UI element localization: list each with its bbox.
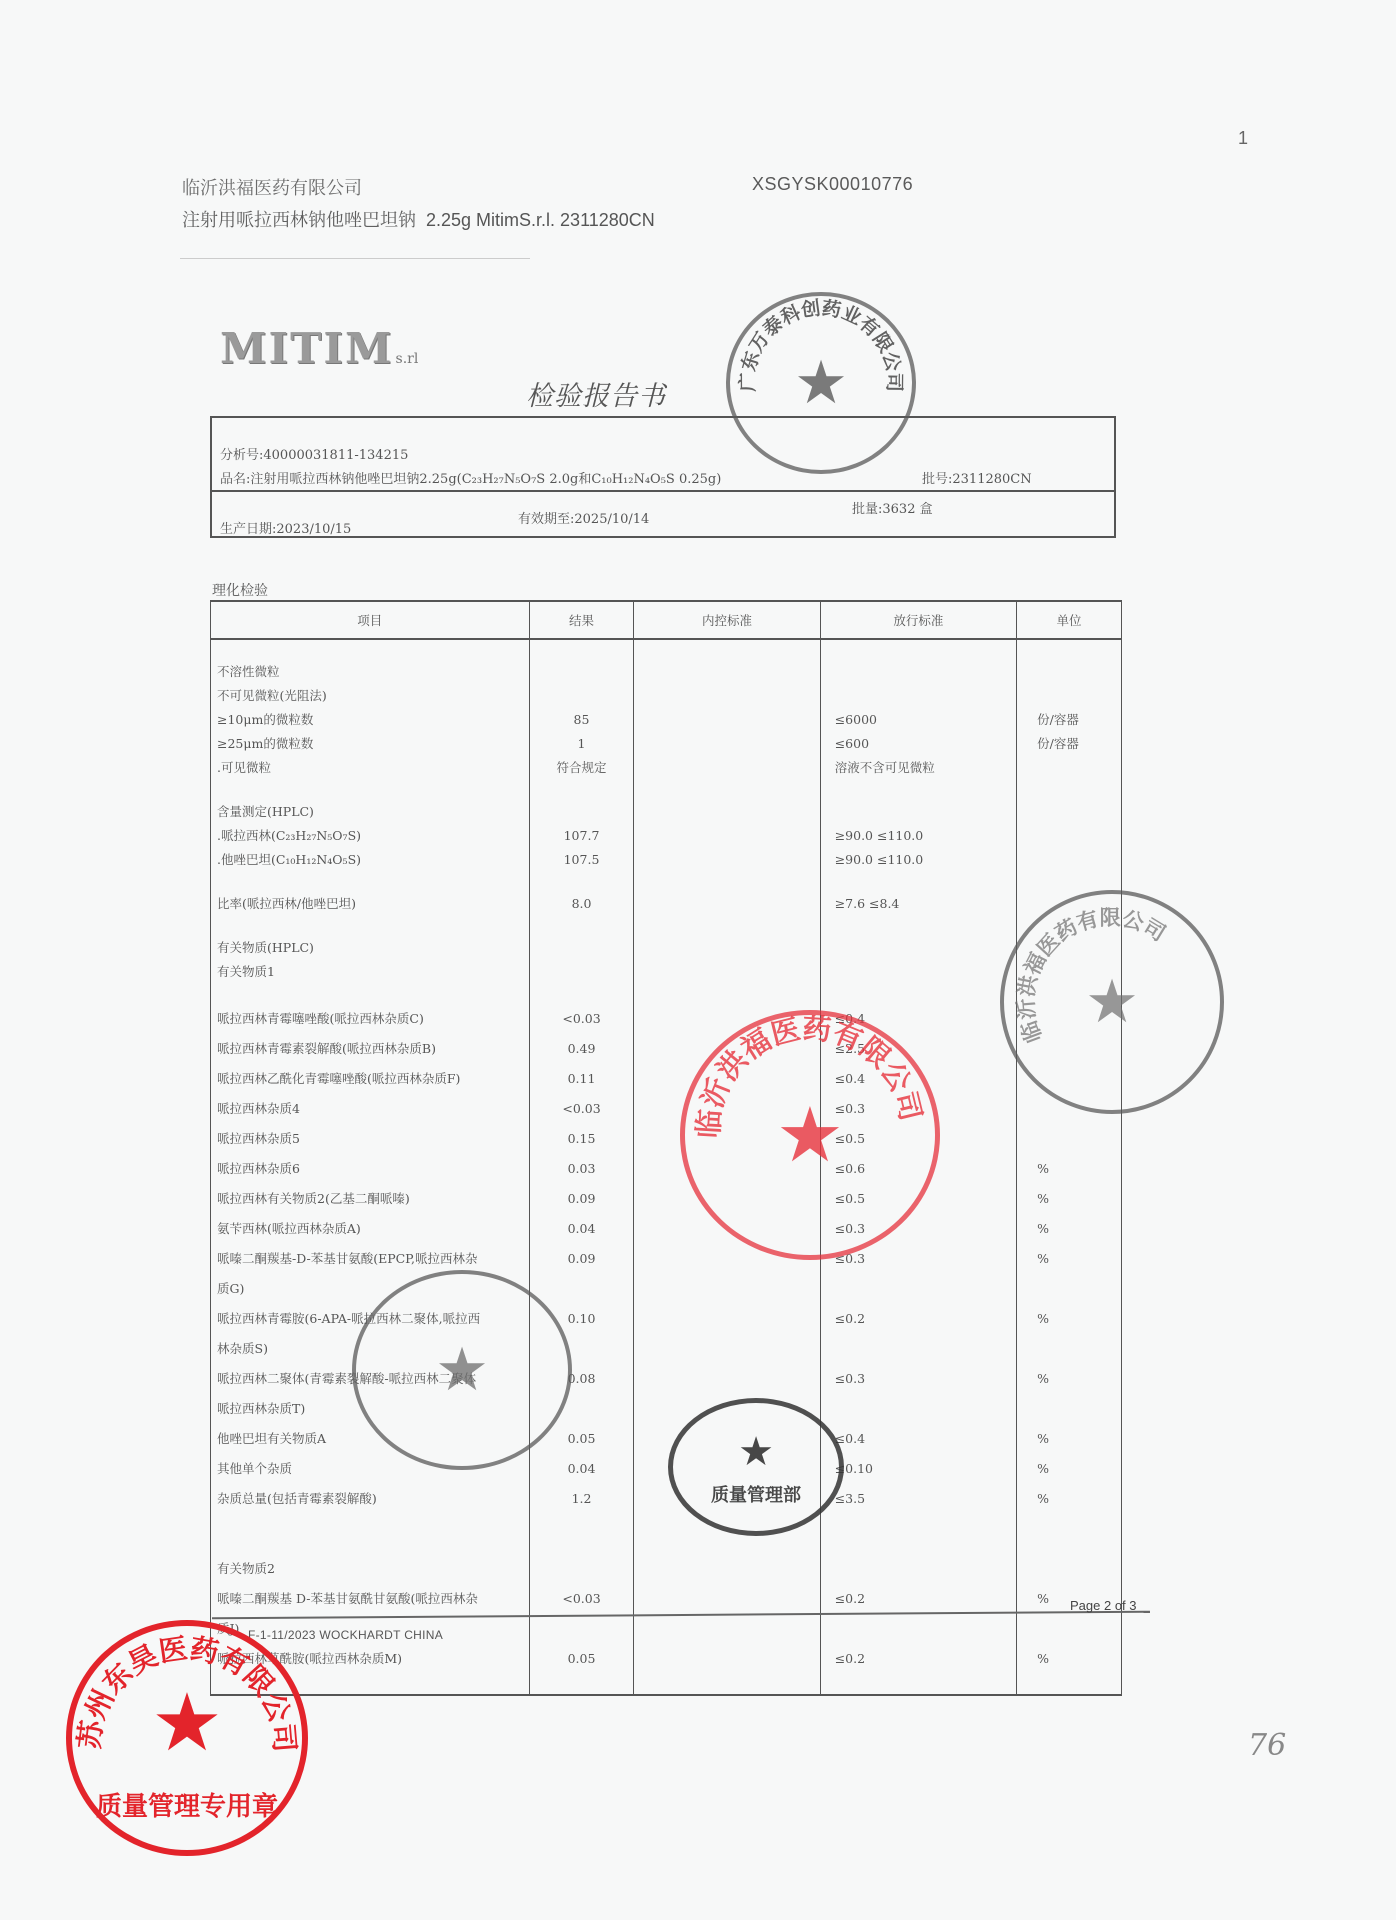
unit-value: [1023, 892, 1115, 916]
header-product-cn: 注射用哌拉西林钠他唑巴坦钠: [182, 210, 416, 231]
release-standard-value: ≤0.3: [827, 1094, 1010, 1124]
unit-value: [1023, 1034, 1115, 1064]
impurity-label: 哌拉西林草酰胺(哌拉西林杂质M): [217, 1644, 523, 1674]
row-gap: [217, 872, 523, 892]
row-gap: [827, 640, 1010, 660]
item-label: 有关物质(HPLC): [217, 936, 523, 960]
unit-value: [1023, 1124, 1115, 1154]
internal-standard-value: [640, 848, 813, 872]
analysis-number: 分析号:40000031811-134215: [220, 444, 408, 463]
release-standard-value: 溶液不含可见微粒: [827, 756, 1010, 780]
release-standard-value: ≥90.0 ≤110.0: [827, 848, 1010, 872]
row-gap: [1023, 1514, 1115, 1534]
release-standard-value: [827, 1274, 1010, 1304]
release-standard-value: ≤0.5: [827, 1184, 1010, 1214]
result-value: [536, 1274, 628, 1304]
column-release-standard: ≤6000≤600溶液不含可见微粒≥90.0 ≤110.0≥90.0 ≤110.…: [820, 639, 1016, 1695]
result-value: 0.08: [536, 1364, 628, 1394]
result-value: [536, 1554, 628, 1584]
release-standard-value: ≤0.3: [827, 1364, 1010, 1394]
result-value: 0.05: [536, 1644, 628, 1674]
unit-value: 份/容器: [1023, 708, 1115, 732]
unit-value: [1023, 1554, 1115, 1584]
item-label: 有关物质1: [217, 960, 523, 984]
release-standard-value: ≤6000: [827, 708, 1010, 732]
header-rule: [180, 258, 530, 259]
release-standard-value: ≤0.3: [827, 1214, 1010, 1244]
row-gap: [536, 872, 628, 892]
impurity-label: 哌拉西林杂质4: [217, 1094, 523, 1124]
release-standard-value: ≤0.4: [827, 1064, 1010, 1094]
unit-value: [1023, 684, 1115, 708]
impurity-label-continued: 哌拉西林杂质T): [217, 1394, 523, 1424]
result-value: 85: [536, 708, 628, 732]
impurity-label: 哌拉西林乙酰化青霉噻唑酸(哌拉西林杂质F): [217, 1064, 523, 1094]
item-label: ≥25μm的微粒数: [217, 732, 523, 756]
unit-value: [1023, 1394, 1115, 1424]
row-gap: [1023, 1534, 1115, 1554]
release-standard-value: [827, 684, 1010, 708]
info-divider: [212, 490, 1114, 492]
unit-value: [1023, 848, 1115, 872]
internal-standard-value: [640, 684, 813, 708]
header-doc-number: XSGYSK00010776: [752, 174, 913, 195]
row-gap: [640, 640, 813, 660]
internal-standard-value: [640, 756, 813, 780]
product-name: 品名:注射用哌拉西林钠他唑巴坦钠2.25g(C₂₃H₂₇N₅O₇S 2.0g和C…: [220, 468, 721, 487]
row-gap: [536, 916, 628, 936]
result-value: <0.03: [536, 1094, 628, 1124]
release-standard-value: ≤0.3: [827, 1244, 1010, 1274]
row-gap: [827, 916, 1010, 936]
release-standard-value: ≤0.4: [827, 1424, 1010, 1454]
unit-value: %: [1023, 1364, 1115, 1394]
internal-standard-value: [640, 1304, 813, 1334]
internal-standard-value: [640, 1004, 813, 1034]
result-value: 107.5: [536, 848, 628, 872]
result-value: 0.09: [536, 1244, 628, 1274]
unit-value: 份/容器: [1023, 732, 1115, 756]
release-standard-value: [827, 1394, 1010, 1424]
unit-value: %: [1023, 1454, 1115, 1484]
impurity-label: 哌拉西林二聚体(青霉素裂解酸-哌拉西林二聚体: [217, 1364, 523, 1394]
unit-value: [1023, 1064, 1115, 1094]
result-value: [536, 1394, 628, 1424]
release-standard-value: ≤0.4: [827, 1004, 1010, 1034]
internal-standard-value: [640, 1124, 813, 1154]
header-product: 注射用哌拉西林钠他唑巴坦钠2.25g MitimS.r.l. 2311280CN: [182, 206, 655, 232]
row-gap: [536, 1534, 628, 1554]
impurity-label: 杂质总量(包括青霉素裂解酸): [217, 1484, 523, 1514]
header-release-standard: 放行标准: [820, 601, 1016, 639]
release-standard-value: [827, 936, 1010, 960]
row-gap: [640, 984, 813, 1004]
star-icon: ★: [794, 353, 848, 413]
results-table: 项目 结果 内控标准 放行标准 单位 不溶性微粒不可见微粒(光阻法)≥10μm的…: [210, 600, 1122, 1696]
row-gap: [1023, 640, 1115, 660]
result-value: 8.0: [536, 892, 628, 916]
row-gap: [1023, 872, 1115, 892]
row-gap: [640, 780, 813, 800]
internal-standard-value: [640, 1484, 813, 1514]
impurity-label-continued: 质G): [217, 1274, 523, 1304]
result-value: 符合规定: [536, 756, 628, 780]
release-standard-value: ≤0.5: [827, 1124, 1010, 1154]
impurity-label: 哌拉西林青霉素裂解酸(哌拉西林杂质B): [217, 1034, 523, 1064]
result-value: 1: [536, 732, 628, 756]
internal-standard-value: [640, 708, 813, 732]
row-gap: [536, 1674, 628, 1694]
result-value: 0.10: [536, 1304, 628, 1334]
result-value: 0.03: [536, 1154, 628, 1184]
internal-standard-value: [640, 892, 813, 916]
substances2-label: 有关物质2: [217, 1554, 523, 1584]
row-gap: [536, 640, 628, 660]
row-gap: [1023, 984, 1115, 1004]
result-value: 0.11: [536, 1064, 628, 1094]
internal-standard-value: [640, 1364, 813, 1394]
internal-standard-value: [640, 1184, 813, 1214]
unit-value: %: [1023, 1184, 1115, 1214]
row-gap: [217, 1534, 523, 1554]
table-body-row: 不溶性微粒不可见微粒(光阻法)≥10μm的微粒数≥25μm的微粒数.可见微粒含量…: [211, 639, 1122, 1695]
logo-name: MITIM: [220, 324, 394, 373]
release-standard-value: ≤0.2: [827, 1644, 1010, 1674]
impurity-label: 哌拉西林青霉噻唑酸(哌拉西林杂质C): [217, 1004, 523, 1034]
impurity-label: 哌拉西林杂质5: [217, 1124, 523, 1154]
internal-standard-value: [640, 800, 813, 824]
row-gap: [640, 1514, 813, 1534]
column-results: 851符合规定107.7107.58.0<0.030.490.11<0.030.…: [529, 639, 634, 1695]
unit-value: [1023, 660, 1115, 684]
row-gap: [827, 872, 1010, 892]
release-standard-value: ≤0.10: [827, 1454, 1010, 1484]
impurity-label: 哌嗪二酮羰基 D-苯基甘氨酰甘氨酸(哌拉西林杂: [217, 1584, 523, 1614]
internal-standard-value: [640, 1394, 813, 1424]
row-gap: [217, 916, 523, 936]
impurity-label: 哌拉西林有关物质2(乙基二酮哌嗪): [217, 1184, 523, 1214]
unit-value: [1023, 1614, 1115, 1644]
unit-value: [1023, 936, 1115, 960]
unit-value: %: [1023, 1244, 1115, 1274]
row-gap: [827, 1674, 1010, 1694]
release-standard-value: ≤0.2: [827, 1304, 1010, 1334]
internal-standard-value: [640, 1424, 813, 1454]
header-unit: 单位: [1017, 601, 1122, 639]
unit-value: [1023, 1094, 1115, 1124]
item-label: 含量测定(HPLC): [217, 800, 523, 824]
result-value: 1.2: [536, 1484, 628, 1514]
row-gap: [217, 1514, 523, 1534]
internal-standard-value: [640, 1244, 813, 1274]
impurity-label: 哌拉西林青霉胺(6-APA-哌拉西林二聚体,哌拉西: [217, 1304, 523, 1334]
impurity-label: 氨苄西林(哌拉西林杂质A): [217, 1214, 523, 1244]
batch-number: 批号:2311280CN: [922, 468, 1032, 487]
unit-value: %: [1023, 1304, 1115, 1334]
svg-text:广东万泰科创药业有限公司: 广东万泰科创药业有限公司: [736, 296, 906, 392]
row-gap: [640, 916, 813, 936]
unit-value: [1023, 960, 1115, 984]
release-standard-value: ≥7.6 ≤8.4: [827, 892, 1010, 916]
result-value: 0.04: [536, 1214, 628, 1244]
unit-value: %: [1023, 1484, 1115, 1514]
internal-standard-value: [640, 824, 813, 848]
item-label: .可见微粒: [217, 756, 523, 780]
unit-value: [1023, 1004, 1115, 1034]
internal-standard-value: [640, 1554, 813, 1584]
header-company: 临沂洪福医药有限公司: [182, 174, 362, 200]
release-standard-value: [827, 800, 1010, 824]
result-value: [536, 936, 628, 960]
internal-standard-value: [640, 960, 813, 984]
row-gap: [536, 1514, 628, 1534]
internal-standard-value: [640, 936, 813, 960]
internal-standard-value: [640, 1584, 813, 1614]
page-number: 1: [1238, 128, 1248, 149]
row-gap: [827, 780, 1010, 800]
row-gap: [1023, 780, 1115, 800]
result-value: [536, 660, 628, 684]
row-gap: [640, 872, 813, 892]
row-gap: [217, 640, 523, 660]
item-label: ≥10μm的微粒数: [217, 708, 523, 732]
internal-standard-value: [640, 1274, 813, 1304]
header-product-en: 2.25g MitimS.r.l. 2311280CN: [426, 210, 655, 230]
result-value: [536, 960, 628, 984]
unit-value: [1023, 1274, 1115, 1304]
result-value: 0.09: [536, 1184, 628, 1214]
production-date: 生产日期:2023/10/15: [220, 518, 351, 537]
unit-value: [1023, 824, 1115, 848]
release-standard-value: ≤600: [827, 732, 1010, 756]
column-items: 不溶性微粒不可见微粒(光阻法)≥10μm的微粒数≥25μm的微粒数.可见微粒含量…: [211, 639, 530, 1695]
row-gap: [1023, 916, 1115, 936]
internal-standard-value: [640, 1334, 813, 1364]
result-value: <0.03: [536, 1004, 628, 1034]
column-units: 份/容器份/容器%%%%%%%%%%%: [1017, 639, 1122, 1695]
impurity-label-continued: 林杂质S): [217, 1334, 523, 1364]
internal-standard-value: [640, 1094, 813, 1124]
row-gap: [217, 1674, 523, 1694]
unit-value: %: [1023, 1214, 1115, 1244]
release-standard-value: ≤2.5: [827, 1034, 1010, 1064]
release-standard-value: ≥90.0 ≤110.0: [827, 824, 1010, 848]
unit-value: %: [1023, 1644, 1115, 1674]
item-label: 不溶性微粒: [217, 660, 523, 684]
company-logo: MITIMs.rl: [220, 324, 418, 373]
item-label: .他唑巴坦(C₁₀H₁₂N₄O₅S): [217, 848, 523, 872]
release-standard-value: ≤3.5: [827, 1484, 1010, 1514]
result-value: 0.04: [536, 1454, 628, 1484]
footer-page-indicator: Page 2 of 3: [1070, 1598, 1137, 1613]
handwritten-note: 76: [1248, 1728, 1286, 1763]
footer-document-code: F-1-11/2023 WOCKHARDT CHINA: [248, 1628, 443, 1642]
row-gap: [217, 780, 523, 800]
stamp-bottom-left-label: 质量管理专用章: [96, 1786, 278, 1823]
release-standard-value: ≤0.2: [827, 1584, 1010, 1614]
result-value: 107.7: [536, 824, 628, 848]
batch-quantity: 批量:3632 盒: [852, 498, 933, 517]
impurity-label: 哌拉西林杂质6: [217, 1154, 523, 1184]
impurity-label: 其他单个杂质: [217, 1454, 523, 1484]
results-table-wrapper: 项目 结果 内控标准 放行标准 单位 不溶性微粒不可见微粒(光阻法)≥10μm的…: [210, 600, 1122, 1696]
report-title: 检验报告书: [526, 374, 666, 413]
internal-standard-value: [640, 1214, 813, 1244]
result-value: [536, 1614, 628, 1644]
unit-value: [1023, 1334, 1115, 1364]
internal-standard-value: [640, 1644, 813, 1674]
expiry-date: 有效期至:2025/10/14: [518, 508, 649, 527]
header-internal-standard: 内控标准: [634, 601, 820, 639]
result-value: [536, 800, 628, 824]
unit-value: [1023, 800, 1115, 824]
result-value: [536, 684, 628, 708]
section-label: 理化检验: [212, 580, 268, 600]
internal-standard-value: [640, 1454, 813, 1484]
internal-standard-value: [640, 1064, 813, 1094]
release-standard-value: ≤0.6: [827, 1154, 1010, 1184]
release-standard-value: [827, 960, 1010, 984]
header-result: 结果: [529, 601, 634, 639]
item-label: .哌拉西林(C₂₃H₂₇N₅O₇S): [217, 824, 523, 848]
impurity-label: 他唑巴坦有关物质A: [217, 1424, 523, 1454]
table-header-row: 项目 结果 内控标准 放行标准 单位: [211, 601, 1122, 639]
column-internal-standard: [634, 639, 820, 1695]
result-value: 0.15: [536, 1124, 628, 1154]
release-standard-value: [827, 1334, 1010, 1364]
release-standard-value: [827, 660, 1010, 684]
row-gap: [827, 1534, 1010, 1554]
row-gap: [640, 1534, 813, 1554]
logo-suffix: s.rl: [396, 351, 419, 367]
internal-standard-value: [640, 1034, 813, 1064]
row-gap: [640, 1674, 813, 1694]
result-value: 0.49: [536, 1034, 628, 1064]
row-gap: [827, 1514, 1010, 1534]
unit-value: [1023, 756, 1115, 780]
internal-standard-value: [640, 732, 813, 756]
internal-standard-value: [640, 1614, 813, 1644]
result-value: <0.03: [536, 1584, 628, 1614]
header-item: 项目: [211, 601, 530, 639]
release-standard-value: [827, 1614, 1010, 1644]
internal-standard-value: [640, 1154, 813, 1184]
impurity-label: 哌嗪二酮羰基-D-苯基甘氨酸(EPCP,哌拉西林杂: [217, 1244, 523, 1274]
row-gap: [536, 780, 628, 800]
row-gap: [1023, 1674, 1115, 1694]
internal-standard-value: [640, 660, 813, 684]
item-label: 不可见微粒(光阻法): [217, 684, 523, 708]
result-value: 0.05: [536, 1424, 628, 1454]
release-standard-value: [827, 1554, 1010, 1584]
info-box: 分析号:40000031811-134215 品名:注射用哌拉西林钠他唑巴坦钠2…: [210, 416, 1116, 538]
result-value: [536, 1334, 628, 1364]
item-label: 比率(哌拉西林/他唑巴坦): [217, 892, 523, 916]
unit-value: %: [1023, 1154, 1115, 1184]
row-gap: [827, 984, 1010, 1004]
row-gap: [536, 984, 628, 1004]
row-gap: [217, 984, 523, 1004]
unit-value: %: [1023, 1424, 1115, 1454]
